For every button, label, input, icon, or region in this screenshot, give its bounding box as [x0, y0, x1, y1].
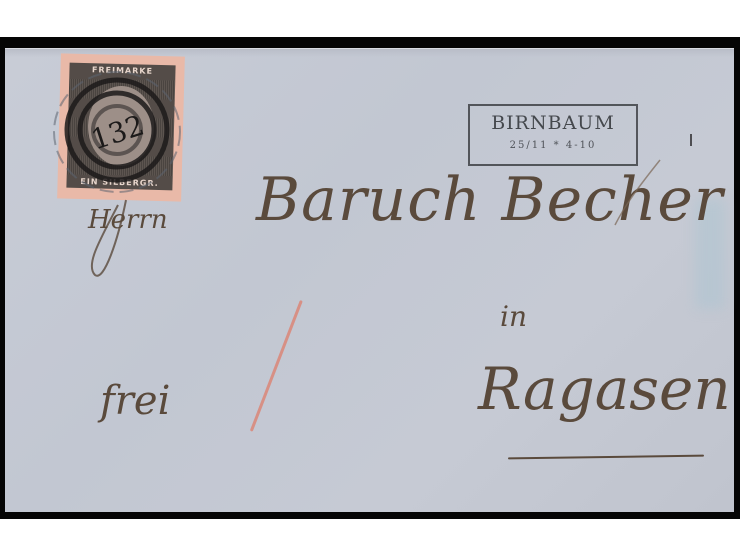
handwriting-flourish-icon — [0, 0, 740, 557]
